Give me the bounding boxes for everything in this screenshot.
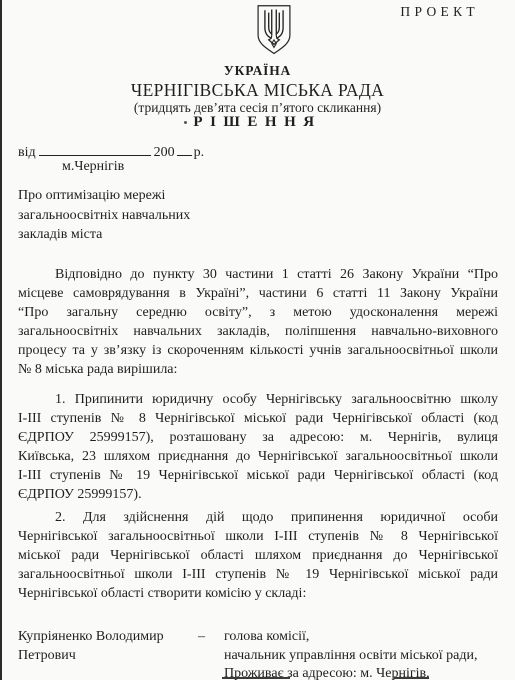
underline-artifact <box>222 677 290 679</box>
document-type-title: РІШЕННЯ <box>0 114 515 131</box>
paragraph-line: місцеве самоврядування в Україні”, части… <box>18 284 498 303</box>
city-label: м.Чернігів <box>62 159 124 175</box>
paragraph-line: міської ради Чернігівської області шляхо… <box>18 546 498 565</box>
paragraph-line: ЄДРПОУ 25999157). <box>18 485 498 504</box>
paragraph-line: загальноосвітніх навчальних закладів, по… <box>18 322 498 341</box>
scan-dot-artifact <box>184 121 187 124</box>
date-blank-field <box>39 142 151 156</box>
date-year-suffix: р. <box>194 145 205 160</box>
subject-line: загальноосвітніх навчальних <box>18 206 190 226</box>
member-name-line: Петрович <box>18 647 198 666</box>
paragraph-line: Чернігівської загальноосвітньої школи І-… <box>18 527 498 546</box>
ukraine-tryzub-emblem-icon <box>245 5 303 55</box>
project-label: ПРОЕКТ <box>400 4 479 20</box>
paragraph-line: загальноосвітньої школи І-ІІІ ступенів №… <box>18 565 498 584</box>
member-duties: голова комісії, начальник управління осв… <box>224 628 496 680</box>
paragraph-line: І-ІІІ ступенів № 19 Чернігівської місько… <box>18 466 498 485</box>
paragraph-line: Київська, 23 шляхом приєднання до Черніг… <box>18 447 498 466</box>
paragraph-line: Відповідно до пункту 30 частини 1 статті… <box>18 265 498 284</box>
paragraph-line: І-ІІІ ступенів № 8 Чернігівської міської… <box>18 409 498 428</box>
year-blank-field <box>177 142 192 156</box>
paragraph-line: ЄДРПОУ 25999157), розташовану за адресою… <box>18 428 498 447</box>
intro-paragraph: Відповідно до пункту 30 частини 1 статті… <box>18 265 498 379</box>
paragraph-line: процесу та у зв’язку із скороченням кіль… <box>18 341 498 360</box>
commission-member-row: Купріяненко Володимир Петрович – голова … <box>18 628 496 680</box>
member-name: Купріяненко Володимир Петрович <box>18 628 198 665</box>
date-prefix: від <box>18 145 36 160</box>
date-year: 200 <box>154 145 175 160</box>
subject-line: Про оптимізацію мережі <box>18 186 190 206</box>
member-duty-line: голова комісії, <box>224 628 496 647</box>
paragraph-line: Чернігівської області створити комісію у… <box>18 584 498 603</box>
point1-paragraph: 1. Припинити юридичну особу Чернігівську… <box>18 390 498 504</box>
document-page: ПРОЕКТ УКРАЇНА ЧЕРНІГІВСЬКА МІСЬКА РАДА … <box>0 0 515 680</box>
dash-separator: – <box>198 628 224 647</box>
paragraph-line: “Про загальну середню освіту”, з метою у… <box>18 303 498 322</box>
country-title: УКРАЇНА <box>0 63 515 79</box>
subject-block: Про оптимізацію мережі загальноосвітніх … <box>18 186 190 245</box>
paragraph-line: № 8 міська рада вирішила: <box>18 360 498 379</box>
member-duty-line: начальник управління освіти міської ради… <box>224 647 496 666</box>
subject-line: закладів міста <box>18 225 190 245</box>
point2-paragraph: 2. Для здійснення дій щодо припинення юр… <box>18 508 498 603</box>
member-name-line: Купріяненко Володимир <box>18 628 198 647</box>
paragraph-line: 2. Для здійснення дій щодо припинення юр… <box>18 508 498 527</box>
paragraph-line: 1. Припинити юридичну особу Чернігівську… <box>18 390 498 409</box>
council-title: ЧЕРНІГІВСЬКА МІСЬКА РАДА <box>0 80 515 101</box>
underline-artifact <box>394 677 429 679</box>
